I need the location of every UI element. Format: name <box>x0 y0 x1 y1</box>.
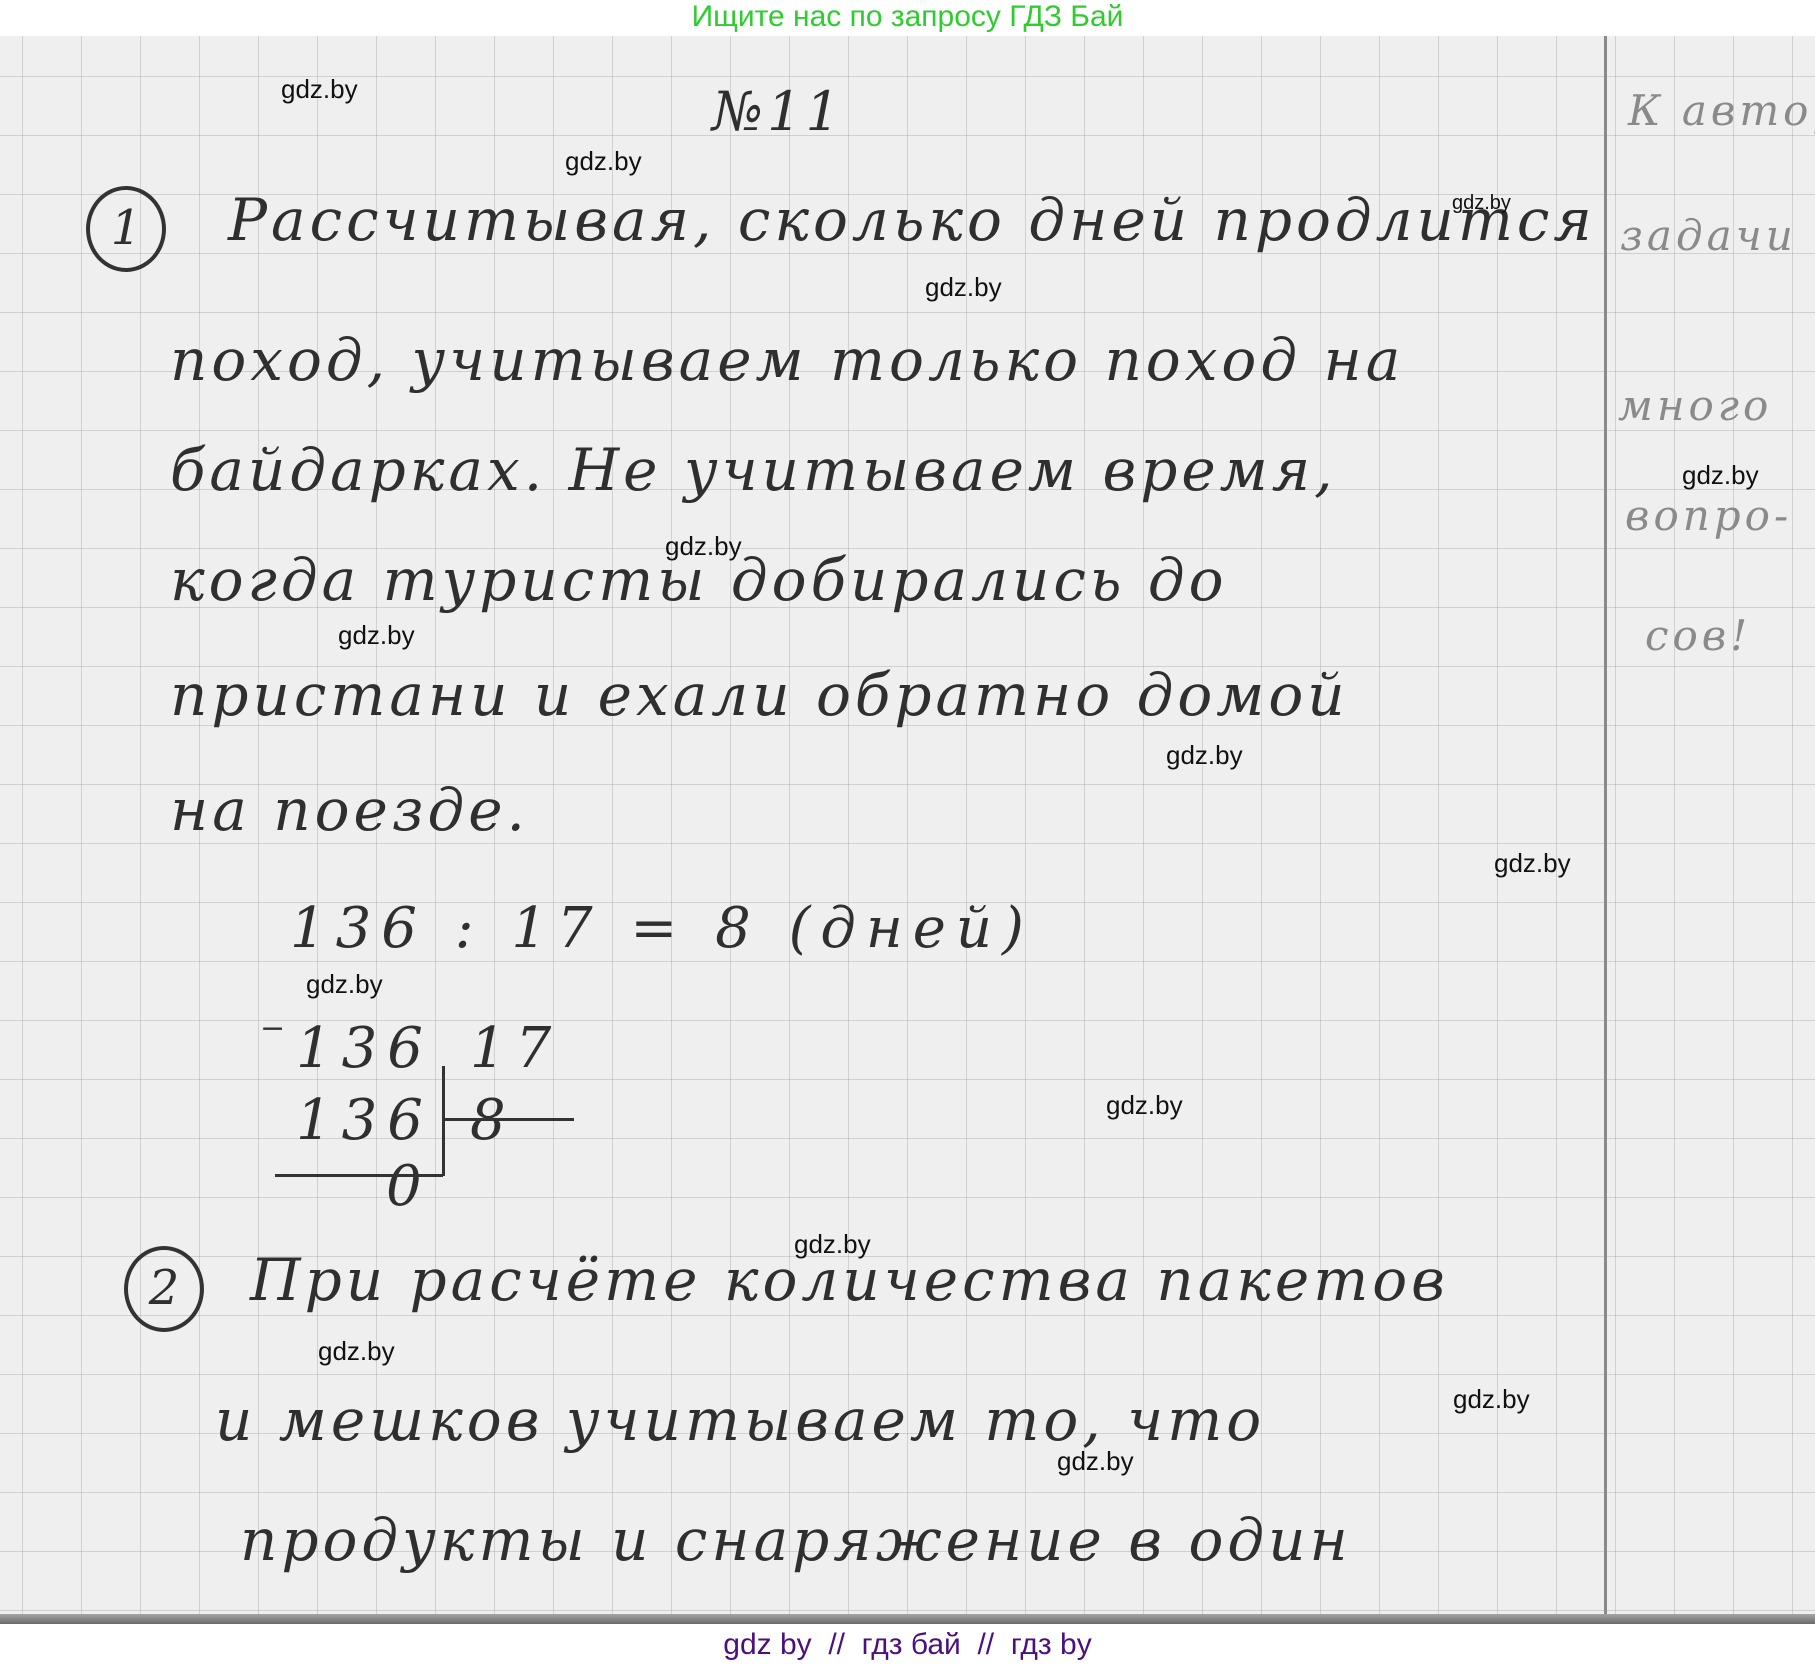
section-1-number: 1 <box>86 186 166 272</box>
section-2-number: 2 <box>124 1246 204 1332</box>
watermark: gdz.by <box>1494 848 1571 879</box>
division-subtrahend: 136 <box>296 1088 433 1153</box>
watermark: gdz.by <box>281 74 358 105</box>
division-minus: − <box>260 1011 295 1046</box>
division-divisor: 17 <box>470 1016 561 1081</box>
section-1-line-5: пристани и ехали обратно домой <box>170 661 1349 729</box>
watermark: gdz.by <box>1057 1446 1134 1477</box>
watermark: gdz.by <box>1682 460 1759 491</box>
division-quotient-bar <box>444 1118 574 1121</box>
watermark: gdz.by <box>665 531 742 562</box>
bottom-banner: gdz by // гдз бай // гдз by <box>0 1624 1815 1667</box>
watermark: gdz.by <box>1453 1384 1530 1415</box>
watermark: gdz.by <box>925 272 1002 303</box>
division-vertical-bar <box>442 1066 445 1176</box>
section-2-line-2: и мешков учитываем то, что <box>215 1386 1265 1454</box>
equation: 136 : 17 = 8 (дней) <box>290 896 1034 961</box>
section-1-line-3: байдарках. Не учитываем время, <box>170 436 1337 504</box>
margin-line <box>1604 36 1607 1620</box>
section-2-line-3: продукты и снаряжение в один <box>240 1506 1352 1574</box>
task-number: №11 <box>712 80 844 143</box>
margin-note-line-1: К автору <box>1628 86 1815 135</box>
division-dividend: 136 <box>296 1016 433 1081</box>
margin-note-line-3: много <box>1618 381 1772 430</box>
page-bottom-edge <box>0 1614 1815 1624</box>
section-1-line-6: на поезде. <box>170 776 529 844</box>
watermark: gdz.by <box>565 146 642 177</box>
margin-note-line-4: вопро- <box>1625 491 1792 540</box>
top-banner: Ищите нас по запросу ГДЗ Бай <box>0 0 1815 36</box>
section-1-line-1: Рассчитывая, сколько дней продлится <box>228 186 1596 254</box>
watermark: gdz.by <box>1106 1090 1183 1121</box>
notebook-page: №11 1 Рассчитывая, сколько дней продлитс… <box>0 36 1815 1620</box>
margin-note-line-2: задачи <box>1620 211 1797 260</box>
watermark: gdz.by <box>318 1336 395 1367</box>
watermark: gdz.by <box>338 620 415 651</box>
watermark: gdz.by <box>794 1229 871 1260</box>
watermark: gdz.by <box>1166 740 1243 771</box>
margin-note-line-5: сов! <box>1645 611 1751 660</box>
watermark: gdz.by <box>1452 192 1511 215</box>
division-result-bar <box>275 1174 443 1177</box>
watermark: gdz.by <box>306 969 383 1000</box>
division-remainder: 0 <box>386 1154 432 1219</box>
section-1-line-2: поход, учитываем только поход на <box>170 326 1404 394</box>
